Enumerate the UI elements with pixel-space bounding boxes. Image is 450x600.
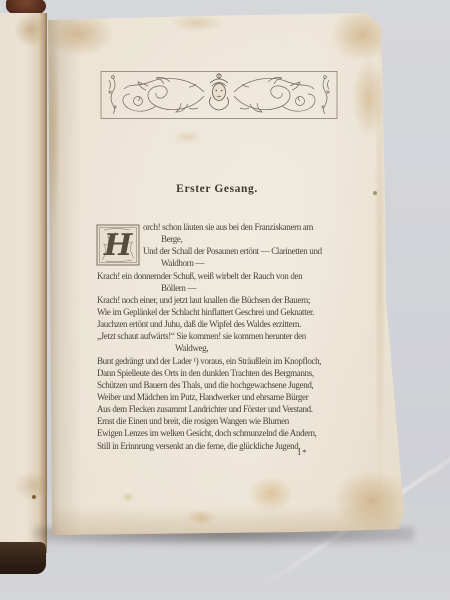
poem-line: Waldhorn — [161, 257, 377, 269]
signature-mark: 1* [297, 447, 308, 457]
poem-line: Jauchzen ertönt und Juhu, daß die Wipfel… [97, 318, 377, 330]
text-page: Erster Gesang. H orch! schon läuten sie … [0, 0, 450, 600]
poem-text: orch! schon läuten sie aus bei den Franz… [97, 221, 377, 452]
foxing-stain [186, 510, 216, 525]
foxing-stain [170, 14, 224, 32]
foxing-stain [248, 476, 294, 512]
foxing-stain [352, 58, 386, 138]
foxing-stain [334, 470, 410, 532]
book-photo: Erster Gesang. H orch! schon läuten sie … [0, 0, 450, 600]
poem-line: „Jetzt schaut aufwärts!“ Sie kommen! sie… [97, 330, 377, 342]
poem-line: Aus dem Flecken zusammt Landrichter und … [97, 403, 377, 415]
poem-line: Schützen und Bauern des Thals, und die h… [97, 379, 377, 391]
foxing-stain [44, 12, 114, 56]
poem-line: Ernst die Einen und breit, die rosigen W… [97, 415, 377, 427]
facing-page [0, 13, 47, 553]
poem-line: Berge, [161, 233, 377, 245]
foxing-stain [172, 130, 202, 144]
foxing-stain [122, 492, 134, 502]
poem-line: Ewigen Lenzes im welken Gesicht, doch sc… [97, 427, 377, 439]
poem-line: Bunt gedrängt und der Lader ¹) voraus, e… [97, 355, 377, 367]
poem-line: orch! schon läuten sie aus bei den Franz… [143, 221, 377, 233]
headpiece-engraving [100, 70, 338, 120]
poem-line: Krach! noch einer, und jetzt laut knalle… [97, 294, 377, 306]
poem-line: Wie im Geplänkel der Schlacht hinflatter… [97, 306, 377, 318]
foxing-stain [14, 471, 52, 501]
poem-line: Dann Spielleute des Orts in den dunklen … [97, 367, 377, 379]
poem-line: Waldweg, [175, 342, 377, 354]
foxing-stain [46, 30, 60, 230]
book-board-edge [0, 542, 46, 574]
foxing-stain [330, 8, 394, 62]
poem-line: Und der Schall der Posaunen ertönt — Cla… [143, 245, 377, 257]
poem-line: Still in Erinnrung versenkt an die ferne… [97, 440, 377, 452]
poem-line: Krach! ein donnernder Schuß, weiß wirbel… [97, 270, 377, 282]
chapter-heading: Erster Gesang. [48, 183, 386, 195]
poem-line: Weiber und Mädchen im Putz, Handwerker u… [97, 391, 377, 403]
foxing-stain [32, 495, 36, 499]
poem-line: Böllern — [161, 282, 377, 294]
